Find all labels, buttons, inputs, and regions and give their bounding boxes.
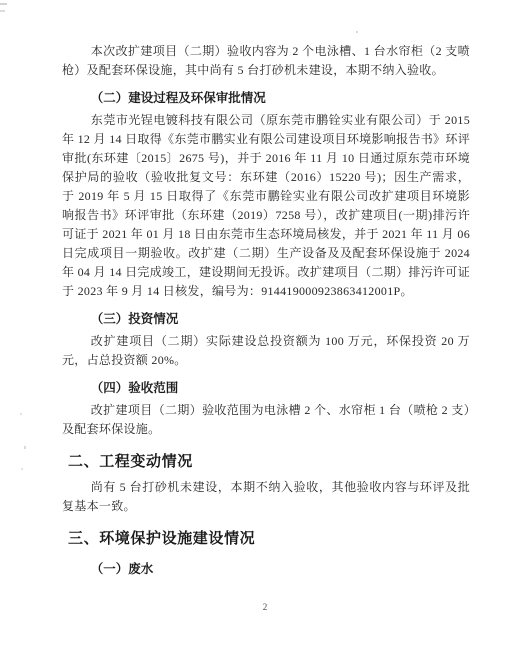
- heading-env-protection-facilities: 三、环境保护设施建设情况: [62, 528, 470, 551]
- scan-artifact: [21, 468, 23, 470]
- heading-investment: （三）投资情况: [62, 310, 470, 329]
- paragraph-approval-history: 东莞市光锃电镀科技有限公司（原东莞市鹏铨实业有限公司）于 2015 年 12 月…: [62, 111, 470, 301]
- scan-artifact: [20, 413, 22, 415]
- heading-construction-approval: （二）建设过程及环保审批情况: [62, 89, 470, 108]
- heading-wastewater: （一）废水: [62, 560, 470, 579]
- document-body: 本次改扩建项目（二期）验收内容为 2 个电泳槽、1 台水帘柜（2 支喷枪）及配套…: [62, 42, 470, 582]
- scan-artifact: [0, 3, 7, 5]
- paragraph-acceptance-range: 改扩建项目（二期）验收范围为电泳槽 2 个、水帘柜 1 台（喷枪 2 支）及配套…: [62, 401, 470, 439]
- paragraph-acceptance-scope-intro: 本次改扩建项目（二期）验收内容为 2 个电泳槽、1 台水帘柜（2 支喷枪）及配套…: [62, 42, 470, 80]
- paragraph-investment: 改扩建项目（二期）实际建设总投资额为 100 万元，环保投资 20 万元，占总投…: [62, 332, 470, 370]
- scan-artifact: [0, 10, 5, 12]
- heading-acceptance-range: （四）验收范围: [62, 379, 470, 398]
- document-page: 本次改扩建项目（二期）验收内容为 2 个电泳槽、1 台水帘柜（2 支喷枪）及配套…: [0, 0, 530, 650]
- page-number: 2: [0, 602, 530, 612]
- scan-artifact: [24, 446, 26, 449]
- heading-project-changes: 二、工程变动情况: [62, 451, 470, 474]
- scan-artifact: [356, 31, 358, 33]
- paragraph-project-changes: 尚有 5 台打砂机未建设，本期不纳入验收，其他验收内容与环评及批复基本一致。: [62, 478, 470, 516]
